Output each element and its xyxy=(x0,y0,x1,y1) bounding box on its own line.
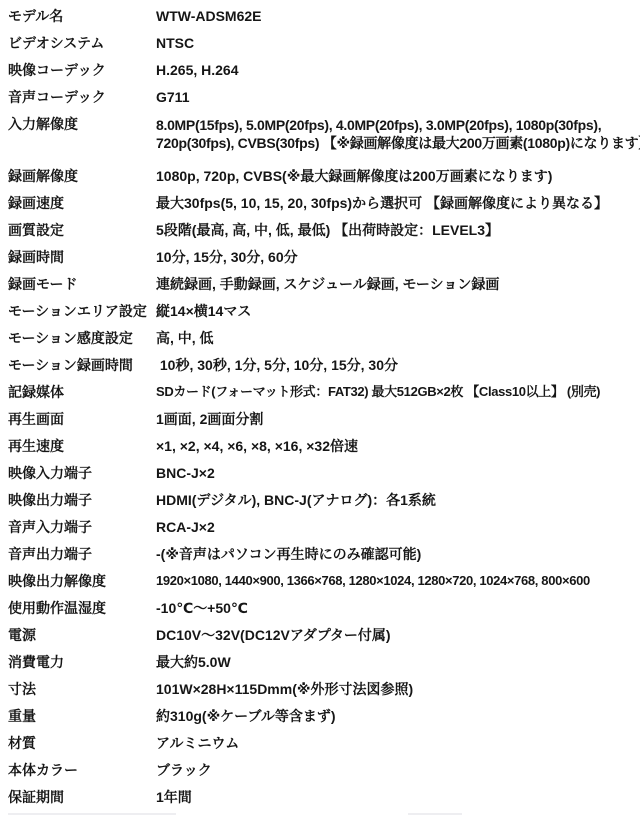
spec-label: 録画速度 xyxy=(8,195,156,211)
spec-value: 高, 中, 低 xyxy=(156,330,638,346)
spec-label: モデル名 xyxy=(8,8,156,24)
spec-label: 映像コーデック xyxy=(8,62,156,78)
spec-value: HDMI(デジタル), BNC-J(アナログ)：各1系統 xyxy=(156,492,638,508)
spec-row: 音声コーデックG711 xyxy=(8,89,638,105)
spec-label: 音声出力端子 xyxy=(8,546,156,562)
spec-value: 10秒, 30秒, 1分, 5分, 10分, 15分, 30分 xyxy=(156,357,638,373)
spec-row: 材質アルミニウム xyxy=(8,735,638,751)
spec-value: ブラック xyxy=(156,762,638,778)
spec-row: 録画解像度1080p, 720p, CVBS(※最大録画解像度は200万画素にな… xyxy=(8,168,638,184)
spec-row: 消費電力最大約5.0W xyxy=(8,654,638,670)
spec-value: -10℃～+50℃ xyxy=(156,600,638,616)
spec-label: 映像出力解像度 xyxy=(8,573,156,589)
spec-row: 再生画面1画面, 2画面分割 xyxy=(8,411,638,427)
spec-label: 電源 xyxy=(8,627,156,643)
spec-row: 寸法101W×28H×115Dmm(※外形寸法図参照) xyxy=(8,681,638,697)
spec-label: 記録媒体 xyxy=(8,384,156,400)
spec-row: 本体カラーブラック xyxy=(8,762,638,778)
spec-row: 重量約310g(※ケーブル等含まず) xyxy=(8,708,638,724)
spec-value: DC10V～32V(DC12Vアダプター付属) xyxy=(156,627,638,643)
spec-row: 保証期間1年間 xyxy=(8,789,638,805)
spec-value: -(※音声はパソコン再生時にのみ確認可能) xyxy=(156,546,638,562)
spec-value: ×1, ×2, ×4, ×6, ×8, ×16, ×32倍速 xyxy=(156,438,638,454)
spec-row: 映像出力解像度1920×1080, 1440×900, 1366×768, 12… xyxy=(8,573,638,589)
spec-label: 映像入力端子 xyxy=(8,465,156,481)
spec-value: 約310g(※ケーブル等含まず) xyxy=(156,708,638,724)
spec-value: 1画面, 2画面分割 xyxy=(156,411,638,427)
spec-row: ビデオシステムNTSC xyxy=(8,35,638,51)
spec-value: 最大30fps(5, 10, 15, 20, 30fps)から選択可 【録画解像… xyxy=(156,195,638,211)
spec-label: 音声入力端子 xyxy=(8,519,156,535)
spec-row: 録画速度最大30fps(5, 10, 15, 20, 30fps)から選択可 【… xyxy=(8,195,638,211)
spec-value: アルミニウム xyxy=(156,735,638,751)
spec-row: 画質設定5段階(最高, 高, 中, 低, 最低) 【出荷時設定：LEVEL3】 xyxy=(8,222,638,238)
spec-value: WTW-ADSM62E xyxy=(156,8,638,24)
spec-value: RCA-J×2 xyxy=(156,519,638,535)
spec-value: 1080p, 720p, CVBS(※最大録画解像度は200万画素になります) xyxy=(156,168,638,184)
spec-value: 1年間 xyxy=(156,789,638,805)
spec-label: 保証期間 xyxy=(8,789,156,805)
spec-row: 映像入力端子BNC-J×2 xyxy=(8,465,638,481)
spec-label: 消費電力 xyxy=(8,654,156,670)
spec-value: 1920×1080, 1440×900, 1366×768, 1280×1024… xyxy=(156,573,638,589)
spec-value: 10分, 15分, 30分, 60分 xyxy=(156,249,638,265)
spec-label: 録画解像度 xyxy=(8,168,156,184)
cutoff-label-smudge xyxy=(8,813,176,815)
spec-label: 映像出力端子 xyxy=(8,492,156,508)
spec-label: 入力解像度 xyxy=(8,116,156,132)
spec-value: BNC-J×2 xyxy=(156,465,638,481)
spec-row: 入力解像度8.0MP(15fps), 5.0MP(20fps), 4.0MP(2… xyxy=(8,116,638,152)
spec-row: モーションエリア設定縦14×横14マス xyxy=(8,303,638,319)
spec-value: H.265, H.264 xyxy=(156,62,638,78)
spec-label: 音声コーデック xyxy=(8,89,156,105)
spec-value: 101W×28H×115Dmm(※外形寸法図参照) xyxy=(156,681,638,697)
spec-value: 8.0MP(15fps), 5.0MP(20fps), 4.0MP(20fps)… xyxy=(156,116,640,152)
spec-value: SDカード(フォーマット形式：FAT32) 最大512GB×2枚 【Class1… xyxy=(156,384,638,400)
spec-row: 録画モード連続録画, 手動録画, スケジュール録画, モーション録画 xyxy=(8,276,638,292)
spec-row: 音声入力端子RCA-J×2 xyxy=(8,519,638,535)
spec-label: 再生画面 xyxy=(8,411,156,427)
spec-row: 音声出力端子-(※音声はパソコン再生時にのみ確認可能) xyxy=(8,546,638,562)
spec-value: 連続録画, 手動録画, スケジュール録画, モーション録画 xyxy=(156,276,638,292)
cutoff-next-row-artifact xyxy=(0,812,640,816)
spec-label: 本体カラー xyxy=(8,762,156,778)
spec-row: 電源DC10V～32V(DC12Vアダプター付属) xyxy=(8,627,638,643)
spec-value: 縦14×横14マス xyxy=(156,303,638,319)
spec-row: モデル名WTW-ADSM62E xyxy=(8,8,638,24)
spec-label: ビデオシステム xyxy=(8,35,156,51)
spec-row: モーション録画時間 10秒, 30秒, 1分, 5分, 10分, 15分, 30… xyxy=(8,357,638,373)
spec-label: モーション録画時間 xyxy=(8,357,156,373)
spec-label: 使用動作温湿度 xyxy=(8,600,156,616)
spec-label: 重量 xyxy=(8,708,156,724)
spec-row: 録画時間10分, 15分, 30分, 60分 xyxy=(8,249,638,265)
spec-label: モーションエリア設定 xyxy=(8,303,156,319)
spec-row: モーション感度設定高, 中, 低 xyxy=(8,330,638,346)
spec-row: 記録媒体SDカード(フォーマット形式：FAT32) 最大512GB×2枚 【Cl… xyxy=(8,384,638,400)
spec-row: 映像出力端子HDMI(デジタル), BNC-J(アナログ)：各1系統 xyxy=(8,492,638,508)
spec-value: G711 xyxy=(156,89,638,105)
spec-table: モデル名WTW-ADSM62EビデオシステムNTSC映像コーデックH.265, … xyxy=(0,0,640,805)
spec-label: 材質 xyxy=(8,735,156,751)
spec-label: 寸法 xyxy=(8,681,156,697)
spec-row: 再生速度×1, ×2, ×4, ×6, ×8, ×16, ×32倍速 xyxy=(8,438,638,454)
spec-value: 最大約5.0W xyxy=(156,654,638,670)
spec-label: 録画時間 xyxy=(8,249,156,265)
spec-label: 録画モード xyxy=(8,276,156,292)
cutoff-value-smudge xyxy=(408,813,462,815)
spec-row: 使用動作温湿度-10℃～+50℃ xyxy=(8,600,638,616)
spec-label: 画質設定 xyxy=(8,222,156,238)
spec-label: モーション感度設定 xyxy=(8,330,156,346)
spec-row: 映像コーデックH.265, H.264 xyxy=(8,62,638,78)
spec-label: 再生速度 xyxy=(8,438,156,454)
spec-value: NTSC xyxy=(156,35,638,51)
spec-value: 5段階(最高, 高, 中, 低, 最低) 【出荷時設定：LEVEL3】 xyxy=(156,222,638,238)
